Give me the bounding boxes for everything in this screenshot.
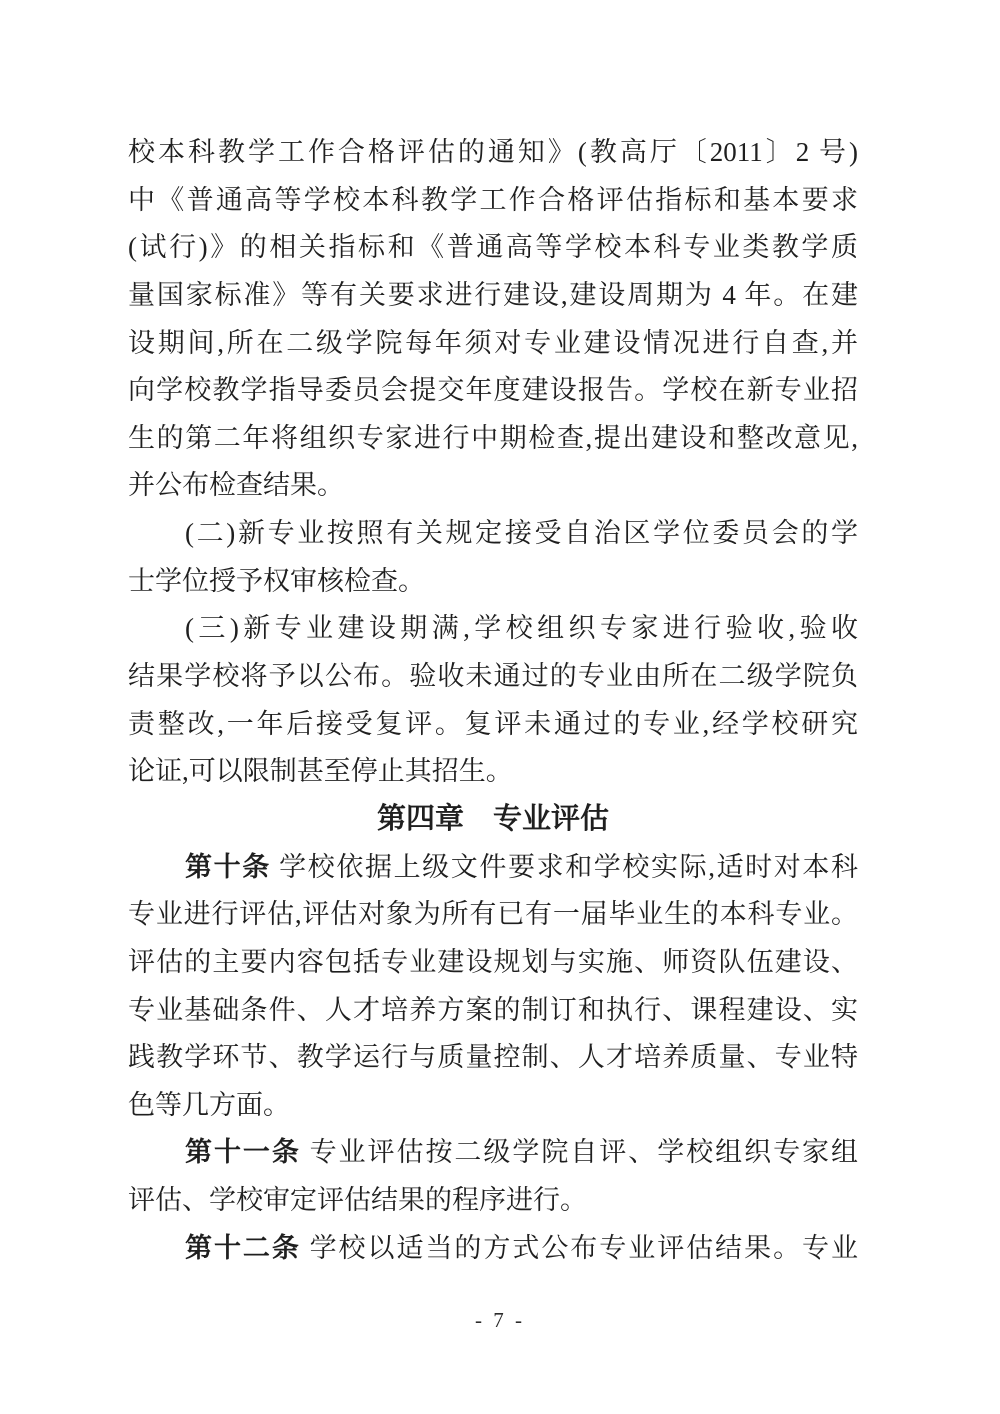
text-line: 设期间,所在二级学院每年须对专业建设情况进行自查,并 (128, 320, 858, 368)
text-line: 第十条 学校依据上级文件要求和学校实际,适时对本科 (128, 844, 858, 892)
text-line: 中《普通高等学校本科教学工作合格评估指标和基本要求 (128, 177, 858, 225)
page-number: - 7 - (0, 1308, 1000, 1333)
text-line: 第十二条 学校以适当的方式公布专业评估结果。专业 (128, 1225, 858, 1273)
text-line: 责整改,一年后接受复评。复评未通过的专业,经学校研究 (128, 701, 858, 749)
text-line: 第十一条 专业评估按二级学院自评、学校组织专家组 (128, 1129, 858, 1177)
text-line: 评估、学校审定评估结果的程序进行。 (128, 1177, 858, 1225)
text-line: 并公布检查结果。 (128, 462, 858, 510)
document-body: 校本科教学工作合格评估的通知》(教高厅〔2011〕2 号) 中《普通高等学校本科… (128, 129, 858, 1272)
text-line: 量国家标准》等有关要求进行建设,建设周期为 4 年。在建 (128, 272, 858, 320)
article-number: 第十二条 (185, 1233, 301, 1263)
text-line: (二)新专业按照有关规定接受自治区学位委员会的学 (128, 510, 858, 558)
text-line: 色等几方面。 (128, 1082, 858, 1130)
text-line: 校本科教学工作合格评估的通知》(教高厅〔2011〕2 号) (128, 129, 858, 177)
article-number: 第十一条 (185, 1137, 301, 1167)
text-run: 学校依据上级文件要求和学校实际,适时对本科 (271, 852, 858, 882)
text-line: 评估的主要内容包括专业建设规划与实施、师资队伍建设、 (128, 939, 858, 987)
text-run: 学校以适当的方式公布专业评估结果。专业 (301, 1233, 858, 1263)
text-line: 士学位授予权审核检查。 (128, 558, 858, 606)
text-line: (试行)》的相关指标和《普通高等学校本科专业类教学质 (128, 224, 858, 272)
text-line: 生的第二年将组织专家进行中期检查,提出建设和整改意见, (128, 415, 858, 463)
text-line: (三)新专业建设期满,学校组织专家进行验收,验收 (128, 605, 858, 653)
text-line: 向学校教学指导委员会提交年度建设报告。学校在新专业招 (128, 367, 858, 415)
article-number: 第十条 (185, 852, 271, 882)
text-run: 专业评估按二级学院自评、学校组织专家组 (301, 1137, 858, 1167)
chapter-heading: 第四章 专业评估 (128, 796, 858, 844)
text-line: 专业进行评估,评估对象为所有已有一届毕业生的本科专业。 (128, 891, 858, 939)
text-line: 结果学校将予以公布。验收未通过的专业由所在二级学院负 (128, 653, 858, 701)
text-line: 专业基础条件、人才培养方案的制订和执行、课程建设、实 (128, 987, 858, 1035)
text-line: 论证,可以限制甚至停止其招生。 (128, 748, 858, 796)
text-line: 践教学环节、教学运行与质量控制、人才培养质量、专业特 (128, 1034, 858, 1082)
document-page: 校本科教学工作合格评估的通知》(教高厅〔2011〕2 号) 中《普通高等学校本科… (0, 0, 1000, 1414)
